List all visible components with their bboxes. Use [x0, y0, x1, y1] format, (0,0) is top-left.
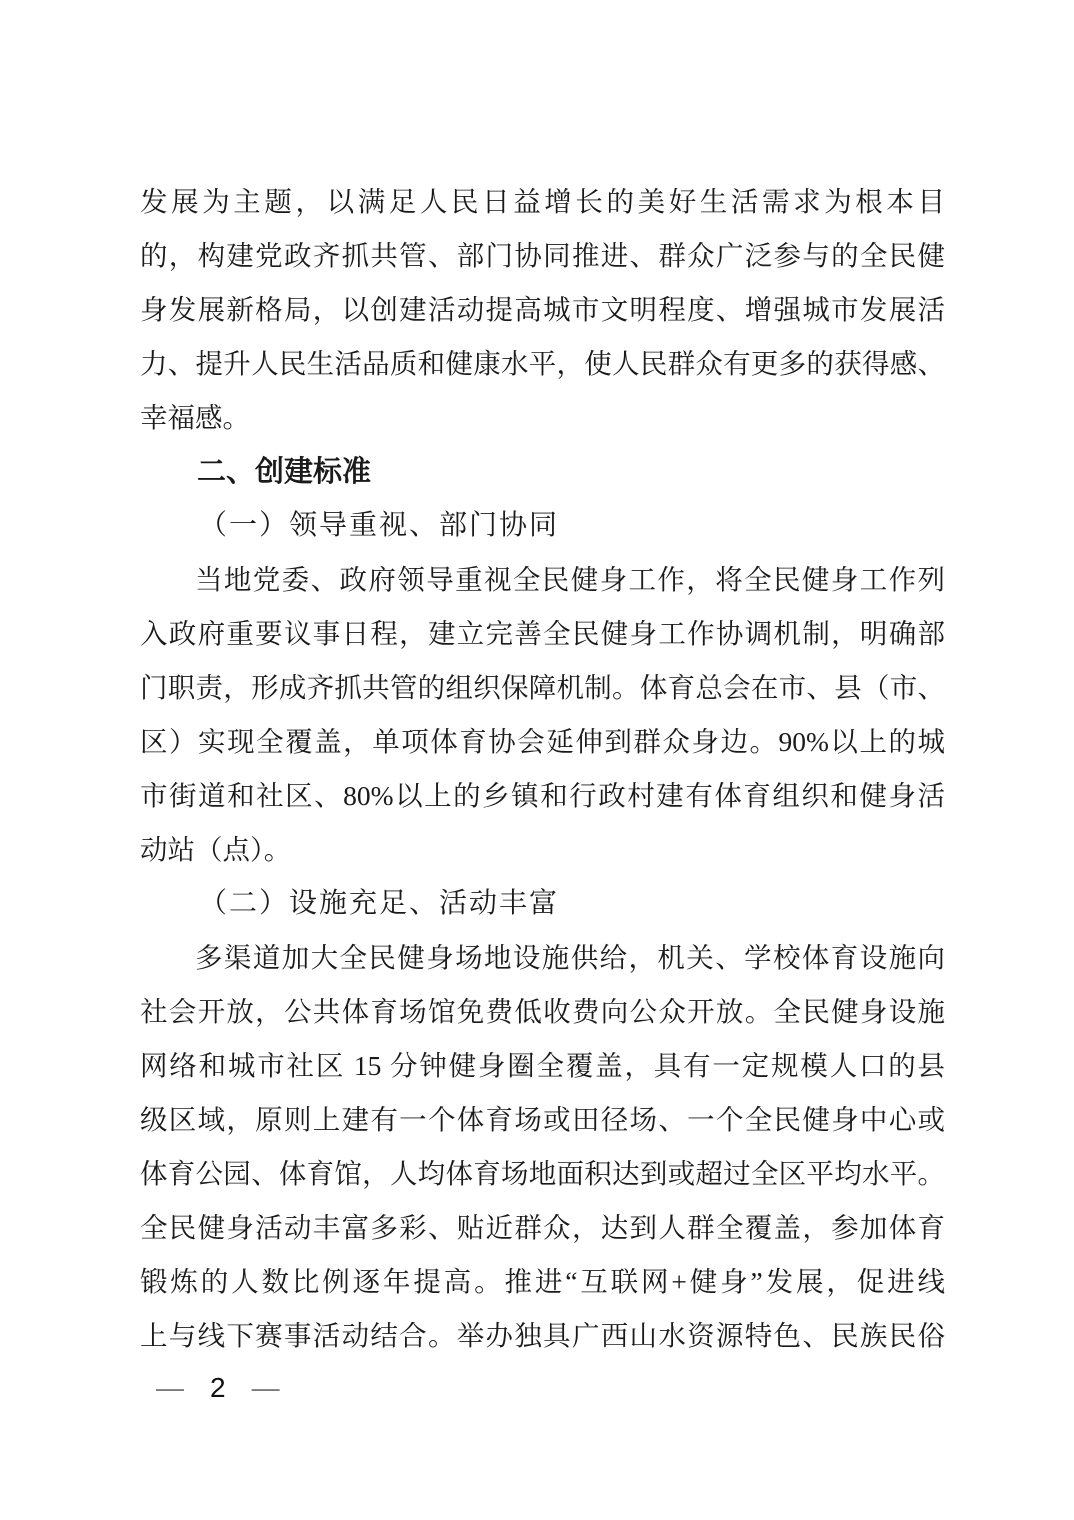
document-body: 发展为主题，以满足人民日益增长的美好生活需求为根本目的，构建党政齐抓共管、部门协…	[140, 175, 945, 1363]
footer-dash-right: —	[252, 1372, 280, 1404]
text-line: 身发展新格局，以创建活动提高城市文明程度、增强城市发展活	[140, 283, 945, 337]
text-line: 全民健身活动丰富多彩、贴近群众，达到人群全覆盖，参加体育	[140, 1201, 945, 1255]
document-page: 发展为主题，以满足人民日益增长的美好生活需求为根本目的，构建党政齐抓共管、部门协…	[0, 0, 1074, 1520]
subsection-heading: （一）领导重视、部门协同	[140, 499, 945, 553]
text-line: 当地党委、政府领导重视全民健身工作，将全民健身工作列	[140, 553, 945, 607]
text-line: 上与线下赛事活动结合。举办独具广西山水资源特色、民族民俗	[140, 1309, 945, 1363]
page-number: 2	[210, 1372, 226, 1404]
text-line: 级区域，原则上建有一个体育场或田径场、一个全民健身中心或	[140, 1093, 945, 1147]
text-line: 市街道和社区、80%以上的乡镇和行政村建有体育组织和健身活	[140, 769, 945, 823]
text-line: 锻炼的人数比例逐年提高。推进“互联网+健身”发展，促进线	[140, 1255, 945, 1309]
page-footer: — 2 —	[156, 1368, 280, 1408]
footer-dash-left: —	[156, 1372, 184, 1404]
text-line: 入政府重要议事日程，建立完善全民健身工作协调机制，明确部	[140, 607, 945, 661]
text-line: 区）实现全覆盖，单项体育协会延伸到群众身边。90%以上的城	[140, 715, 945, 769]
text-line: 多渠道加大全民健身场地设施供给，机关、学校体育设施向	[140, 931, 945, 985]
text-line: 力、提升人民生活品质和健康水平，使人民群众有更多的获得感、	[140, 337, 945, 391]
text-line: 的，构建党政齐抓共管、部门协同推进、群众广泛参与的全民健	[140, 229, 945, 283]
text-line: 网络和城市社区 15 分钟健身圈全覆盖，具有一定规模人口的县	[140, 1039, 945, 1093]
section-heading: 二、创建标准	[140, 445, 945, 499]
text-line: 门职责，形成齐抓共管的组织保障机制。体育总会在市、县（市、	[140, 661, 945, 715]
text-line: 幸福感。	[140, 391, 945, 445]
subsection-heading: （二）设施充足、活动丰富	[140, 877, 945, 931]
text-line: 动站（点）。	[140, 823, 945, 877]
text-line: 发展为主题，以满足人民日益增长的美好生活需求为根本目	[140, 175, 945, 229]
text-line: 社会开放，公共体育场馆免费低收费向公众开放。全民健身设施	[140, 985, 945, 1039]
text-line: 体育公园、体育馆，人均体育场地面积达到或超过全区平均水平。	[140, 1147, 945, 1201]
